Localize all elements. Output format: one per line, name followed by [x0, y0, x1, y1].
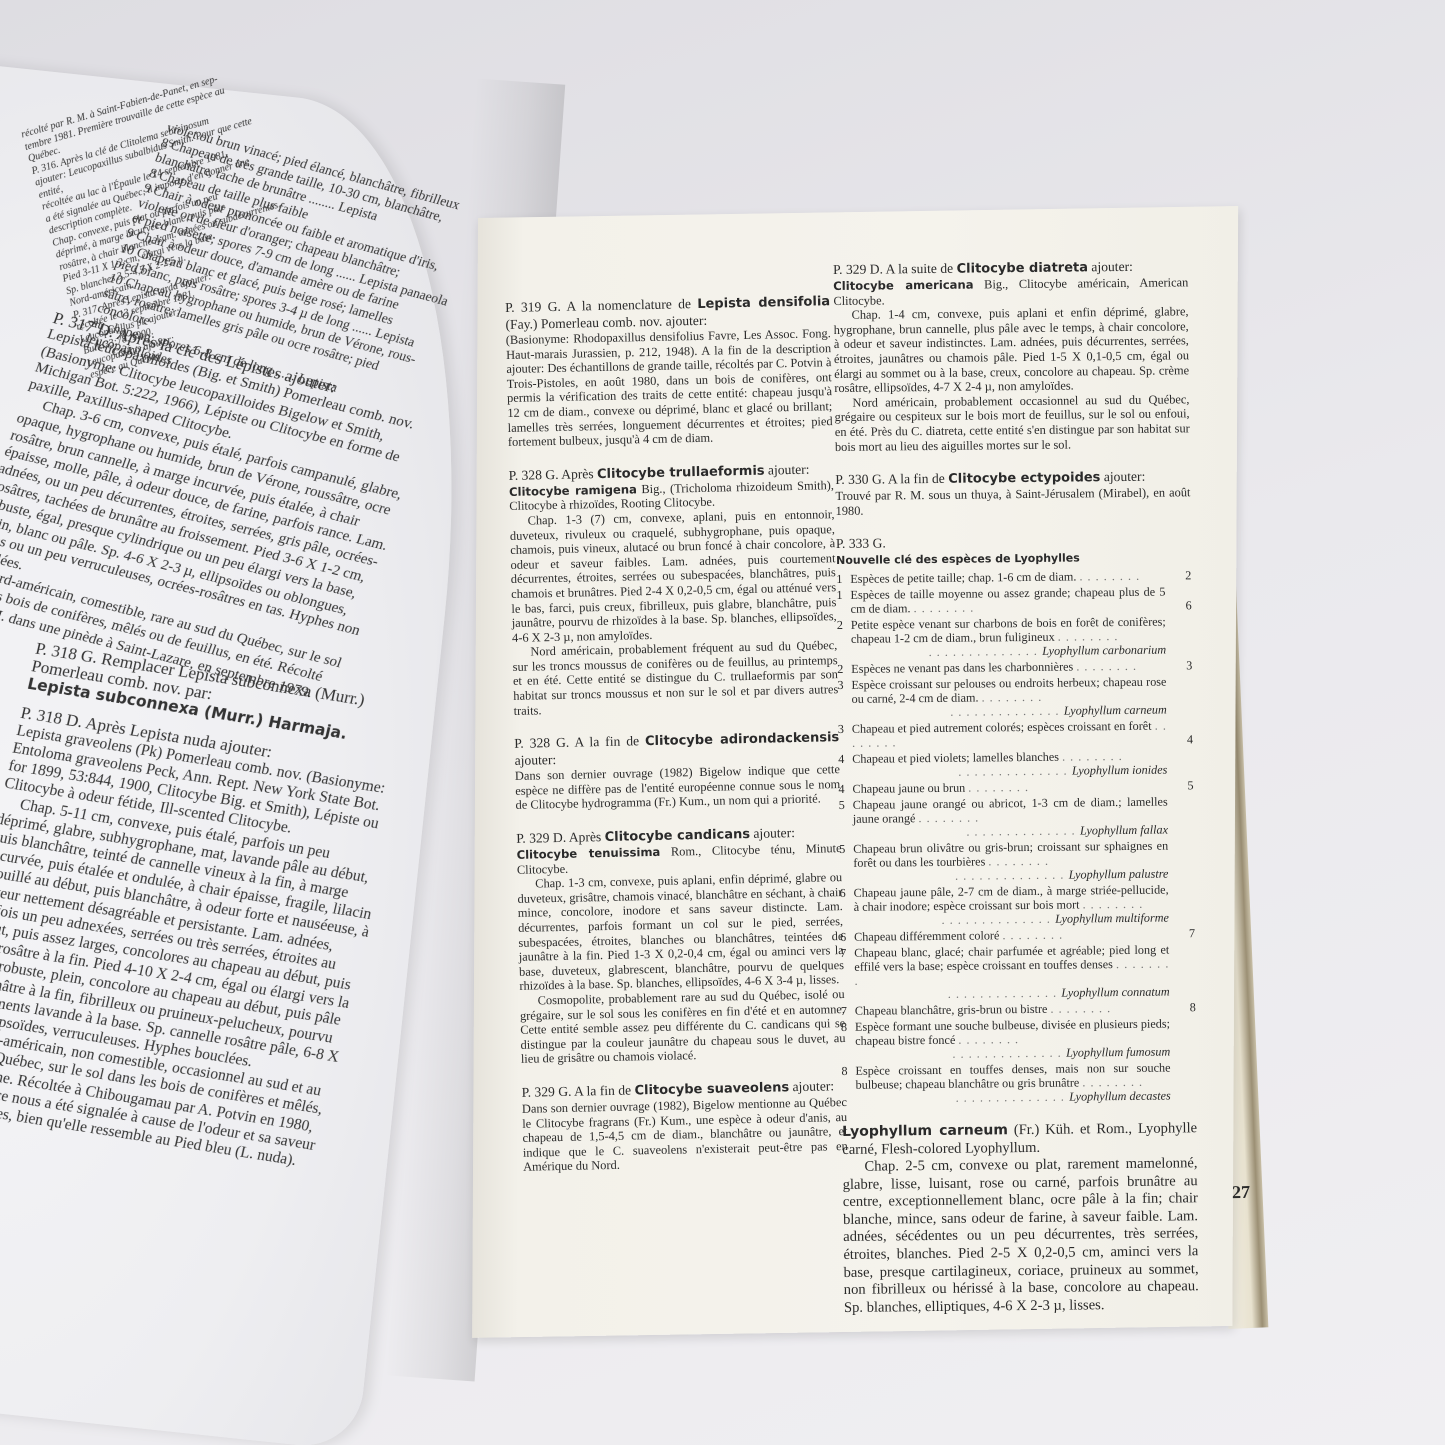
entry-paragraph: Trouvé par R. M. sous un thuya, à Saint-… — [835, 485, 1190, 518]
key-row-number: 5 — [839, 798, 853, 840]
entry-paragraph: Nord américain, probablement occasionnel… — [834, 392, 1190, 454]
key-row-text: Chapeau et pied violets; lamelles blanch… — [852, 748, 1167, 779]
key-row-destination: 4 — [1167, 732, 1193, 746]
document-entry: P. 328 G. Après Clitocybe trullaeformis … — [509, 461, 839, 718]
key-row-text: Espèces de petite taille; chap. 1-6 cm d… — [850, 568, 1165, 585]
key-row-text: Chapeau blanchâtre, gris-brun ou bistre … — [855, 1000, 1170, 1017]
key-row-text: Chapeau brun olivâtre ou gris-brun; croi… — [853, 838, 1168, 883]
entry-paragraph: Cosmopolite, probablement rare au sud du… — [520, 987, 846, 1067]
key-row-text: Chapeau jaune ou brun . . . . . . . . — [852, 778, 1167, 795]
taxon-description: Chap. 2-5 cm, convexe ou plat, rarement … — [842, 1155, 1199, 1317]
document-entry: P. 329 D. A la suite de Clitocybe diatre… — [833, 258, 1190, 454]
key-row-destination: 7 — [1169, 926, 1195, 940]
key-row-destination: 6 — [1166, 598, 1192, 612]
key-row-number: 2 — [837, 618, 851, 660]
key-row-number: 8 — [841, 1020, 855, 1062]
key-row: 7Chapeau blanchâtre, gris-brun ou bistre… — [841, 1000, 1196, 1018]
key-row-destination: 5 — [1167, 778, 1193, 792]
document-entry: P. 328 G. A la fin de Clitocybe adironda… — [514, 729, 841, 813]
key-row: 5Chapeau brun olivâtre ou gris-brun; cro… — [839, 838, 1194, 884]
document-entry: P. 330 G. A la fin de Clitocybe ectypoid… — [835, 468, 1190, 518]
key-row-number: 6 — [840, 930, 854, 944]
entry-paragraph: Chap. 1-3 cm, convexe, puis aplani, enfi… — [517, 870, 844, 994]
document-entry: P. 329 D. Après Clitocybe candicans ajou… — [516, 824, 846, 1067]
key-row-number: 2 — [837, 662, 851, 676]
key-row-number: 1 — [836, 572, 850, 586]
key-reference: P. 333 G. — [836, 533, 1191, 553]
key-row-number: 5 — [839, 842, 853, 884]
taxon-line: Clitocybe americana Big., Clitocybe amér… — [833, 275, 1188, 308]
key-row: 8Espèce croissant en touffes denses, mai… — [841, 1060, 1196, 1106]
entry-paragraph: Nord américain, probablement fréquent au… — [512, 638, 838, 718]
key-row: 6Chapeau jaune pâle, 2-7 cm de diam., à … — [840, 882, 1195, 928]
key-row-number: 7 — [840, 946, 855, 1002]
key-row-text: Espèce formant une souche bulbeuse, divi… — [855, 1016, 1170, 1061]
key-row-number: 7 — [841, 1004, 855, 1018]
entry-paragraph: (Basionyme: Rhodopaxillus densifolius Fa… — [506, 326, 833, 450]
key-row-number: 8 — [841, 1064, 855, 1106]
right-page-column-b: P. 329 D. A la suite de Clitocybe diatre… — [833, 258, 1199, 1335]
entry-paragraph: Dans son dernier ouvrage (1982) Bigelow … — [515, 762, 841, 813]
key-row: 3Chapeau et pied autrement colorés; espè… — [838, 718, 1193, 750]
key-row: 5Chapeau jaune orangé ou abricot, 1-3 cm… — [839, 794, 1194, 840]
key-row-text: Espèces ne venant pas dans les charbonni… — [851, 658, 1166, 675]
document-entry: P. 329 G. A la fin de Clitocybe suaveole… — [521, 1078, 848, 1175]
key-row-number: 4 — [838, 782, 852, 796]
key-row-text: Espèce croissant sur pelouses ou endroit… — [851, 674, 1166, 719]
key-row: 2Petite espèce venant sur charbons de bo… — [837, 614, 1192, 660]
entry-paragraph: Chap. 1-3 (7) cm, convexe, aplani, puis … — [509, 507, 837, 645]
key-row-text: Espèces de taille moyenne ou assez grand… — [850, 584, 1165, 615]
lyophyllum-carneum-entry: Lyophyllum carneum (Fr.) Küh. et Rom., L… — [842, 1120, 1199, 1317]
right-page-column-a: P. 319 G. A la nomenclature de Lepista d… — [505, 293, 849, 1193]
key-row-number: 6 — [840, 886, 854, 928]
key-row-number: 3 — [837, 678, 851, 720]
key-row: 7Chapeau blanc, glacé; chair parfumée et… — [840, 942, 1196, 1002]
key-row: 2Espèces ne venant pas dans les charbonn… — [837, 658, 1192, 676]
key-row-text: Chapeau jaune pâle, 2-7 cm de diam., à m… — [854, 882, 1169, 927]
key-row: 4Chapeau jaune ou brun . . . . . . . .5 — [838, 778, 1193, 796]
key-row-text: Chapeau jaune orangé ou abricot, 1-3 cm … — [853, 794, 1168, 839]
key-row: 8Espèce formant une souche bulbeuse, div… — [841, 1016, 1196, 1062]
key-row-result: . . . . . . . . . . . . . . Lyophyllum c… — [855, 984, 1170, 1001]
key-row: 4Chapeau et pied violets; lamelles blanc… — [838, 748, 1193, 780]
key-row-destination: 2 — [1165, 568, 1191, 582]
key-row-number: 1 — [836, 588, 850, 616]
key-row-destination: 8 — [1170, 1000, 1196, 1014]
document-entry: P. 319 G. A la nomenclature de Lepista d… — [505, 293, 833, 450]
key-row-text: Chapeau et pied autrement colorés; espèc… — [852, 718, 1167, 749]
key-row-text: Espèce croissant en touffes denses, mais… — [855, 1060, 1170, 1105]
key-row: 1Espèces de petite taille; chap. 1-6 cm … — [836, 568, 1191, 586]
entry-paragraph: Chap. 1-4 cm, convexe, puis aplani et en… — [833, 304, 1189, 395]
key-row: 1Espèces de taille moyenne ou assez gran… — [836, 584, 1191, 616]
key-title: Nouvelle clé des espèces de Lyophylles — [836, 551, 1191, 569]
key-row: 3Espèce croissant sur pelouses ou endroi… — [837, 674, 1192, 720]
page-number: 27 — [1232, 1182, 1250, 1203]
taxon-name: Lyophyllum carneum — [842, 1122, 1008, 1140]
key-row-text: Petite espèce venant sur charbons de boi… — [851, 614, 1166, 659]
key-row-number: 3 — [838, 722, 852, 750]
key-row-number: 4 — [838, 752, 852, 780]
key-row-text: Chapeau blanc, glacé; chair parfumée et … — [854, 942, 1170, 1001]
key-row-text: Chapeau différemment coloré . . . . . . … — [854, 926, 1169, 943]
key-row-destination: 3 — [1166, 658, 1192, 672]
entry-paragraph: Dans son dernier ouvrage (1982), Bigelow… — [522, 1095, 848, 1175]
lyophyllum-key: P. 333 G. Nouvelle clé des espèces de Ly… — [836, 533, 1197, 1106]
key-row: 6Chapeau différemment coloré . . . . . .… — [840, 926, 1195, 944]
